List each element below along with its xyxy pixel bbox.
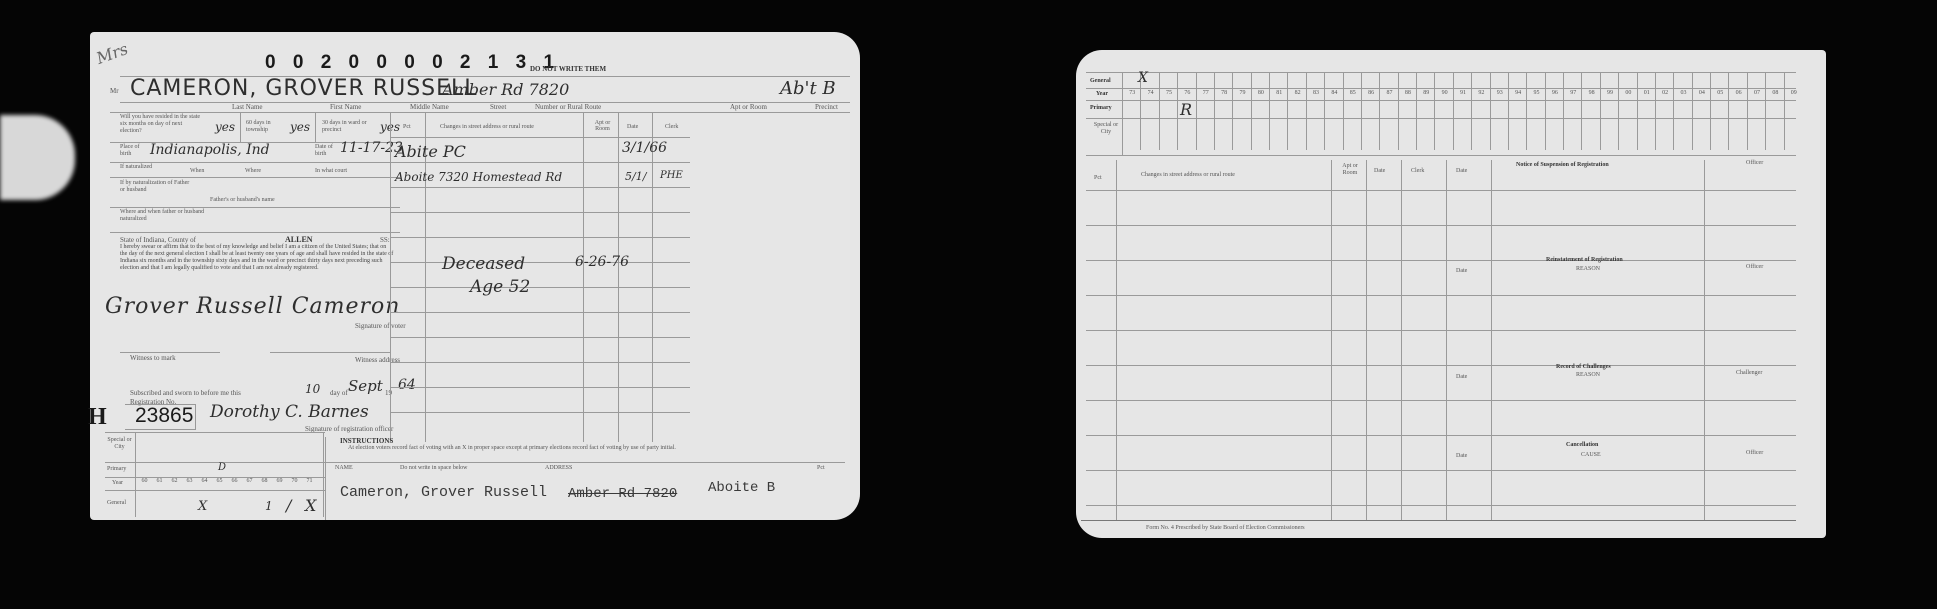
changes-apt-header: Apt or Room bbox=[590, 120, 615, 132]
change-address: Aboite 7320 Homestead Rd bbox=[395, 170, 562, 184]
cancellation-officer-header: Officer bbox=[1746, 450, 1763, 456]
back-clerk-header: Clerk bbox=[1411, 168, 1424, 174]
where-label: Where bbox=[245, 168, 261, 174]
registration-card-front: Mrs 0 0 2 0 0 0 0 2 1 3 1 DO NOT WRITE T… bbox=[90, 32, 860, 520]
state-residency-question: Will you have resided in the state six m… bbox=[120, 114, 205, 135]
instructions-title: INSTRUCTIONS bbox=[340, 437, 393, 445]
grid-primary-label: Primary bbox=[107, 466, 126, 472]
year-cell: 71 bbox=[302, 478, 317, 484]
general-mark: X bbox=[198, 499, 207, 514]
year-cell: 90 bbox=[1434, 72, 1453, 150]
back-primary-label: Primary bbox=[1090, 105, 1112, 111]
year-cell: 07 bbox=[1747, 72, 1766, 150]
year-cell: 81 bbox=[1269, 72, 1288, 150]
back-year-label: Year bbox=[1096, 91, 1108, 97]
year-cell: 09 bbox=[1784, 72, 1803, 150]
registration-card-back: General Year Primary Special or City 737… bbox=[1076, 50, 1826, 538]
year-cell: 61 bbox=[152, 478, 167, 484]
father-name-label: Father's or husband's name bbox=[210, 197, 275, 203]
subscribed-year: 64 bbox=[398, 377, 416, 393]
change-date: 3/1/66 bbox=[622, 140, 667, 156]
back-apt-header: Apt or Room bbox=[1336, 163, 1364, 177]
grid-special-label: Special or City bbox=[107, 437, 132, 451]
reinstatement-title: Reinstatement of Registration bbox=[1546, 257, 1623, 263]
when-label: When bbox=[190, 168, 204, 174]
title-prefix: Mr bbox=[110, 87, 119, 95]
year-cell: 89 bbox=[1416, 72, 1435, 150]
year-cell: 67 bbox=[242, 478, 257, 484]
change-date: 5/1/ bbox=[625, 170, 646, 183]
township-question: 60 days in township bbox=[246, 120, 286, 134]
year-cell: 03 bbox=[1673, 72, 1692, 150]
year-cell: 68 bbox=[257, 478, 272, 484]
challenges-reason-header: REASON bbox=[1576, 372, 1600, 378]
serial-number: 0 0 2 0 0 0 0 2 1 3 1 bbox=[265, 52, 560, 74]
year-cell: 91 bbox=[1453, 72, 1472, 150]
year-cell: 77 bbox=[1196, 72, 1215, 150]
year-cell: 69 bbox=[272, 478, 287, 484]
year-cell: 80 bbox=[1251, 72, 1270, 150]
birth-date-label: Date of birth bbox=[315, 144, 343, 158]
title-mark: Mrs bbox=[94, 39, 131, 68]
cancellation-cause-header: CAUSE bbox=[1581, 452, 1601, 458]
year-cell: 85 bbox=[1343, 72, 1362, 150]
state-residency-answer: yes bbox=[215, 120, 235, 134]
suspension-officer-header: Officer bbox=[1746, 160, 1763, 166]
header-notice: DO NOT WRITE THEM bbox=[530, 65, 606, 73]
footer-donot-label: Do not write in space below bbox=[400, 465, 467, 471]
footer-name-label: NAME bbox=[335, 465, 353, 471]
year-cell: 04 bbox=[1692, 72, 1711, 150]
change-address: Abite PC bbox=[395, 142, 466, 161]
middle-name-label: Middle Name bbox=[410, 103, 449, 111]
year-cell: 01 bbox=[1637, 72, 1656, 150]
year-cell: 02 bbox=[1655, 72, 1674, 150]
precinct: Ab't B bbox=[780, 78, 836, 99]
year-cell: 93 bbox=[1490, 72, 1509, 150]
year-cell: 75 bbox=[1159, 72, 1178, 150]
cancellation-date-header: Date bbox=[1456, 453, 1467, 459]
footer-pct-label: Pct bbox=[817, 465, 825, 471]
township-answer: yes bbox=[290, 120, 310, 134]
year-cell: 63 bbox=[182, 478, 197, 484]
oath-ss: SS: bbox=[380, 236, 390, 244]
year-cell: 78 bbox=[1214, 72, 1233, 150]
changes-header: Changes in street address or rural route bbox=[440, 124, 534, 130]
year-cell: 92 bbox=[1471, 72, 1490, 150]
subscribed-month: Sept bbox=[348, 377, 383, 395]
number-label: Number or Rural Route bbox=[535, 103, 601, 111]
registrar-signature: Dorothy C. Barnes bbox=[210, 402, 369, 422]
instructions-text: At election voters record fact of voting… bbox=[348, 445, 728, 452]
registration-number: 23865 bbox=[135, 404, 193, 428]
street-label: Street bbox=[490, 103, 506, 111]
front-year-row: 60 61 62 63 64 65 66 67 68 69 70 71 bbox=[135, 478, 323, 490]
general-mark: 1 bbox=[265, 499, 273, 513]
reinstatement-officer-header: Officer bbox=[1746, 264, 1763, 270]
year-cell: 06 bbox=[1728, 72, 1747, 150]
suspension-title: Notice of Suspension of Registration bbox=[1516, 162, 1609, 168]
father-where-label: Where and when father or husband natural… bbox=[120, 209, 205, 223]
change-address: Age 52 bbox=[470, 277, 530, 297]
year-cell: 82 bbox=[1287, 72, 1306, 150]
birth-place-label: Place of birth bbox=[120, 144, 150, 158]
ward-question: 30 days in ward or precinct bbox=[322, 120, 377, 134]
voter-name: CAMERON, GROVER RUSSELL bbox=[130, 76, 478, 101]
year-cell: 83 bbox=[1306, 72, 1325, 150]
oath-text: I hereby swear or affirm that to the bes… bbox=[120, 244, 395, 272]
change-date: 6-26-76 bbox=[575, 254, 629, 270]
year-cell: 60 bbox=[137, 478, 152, 484]
year-cell: 95 bbox=[1526, 72, 1545, 150]
challenges-date-header: Date bbox=[1456, 374, 1467, 380]
grid-year-label: Year bbox=[112, 480, 123, 486]
year-cell: 66 bbox=[227, 478, 242, 484]
precinct-label: Precinct bbox=[815, 103, 838, 111]
subscribed-label: Subscribed and sworn to before me this bbox=[130, 389, 241, 397]
last-name-label: Last Name bbox=[232, 103, 263, 111]
typed-address: Amber Rd 7820 bbox=[568, 486, 677, 502]
year-cell: 87 bbox=[1379, 72, 1398, 150]
apt-label: Apt or Room bbox=[730, 103, 767, 111]
year-cell: 64 bbox=[197, 478, 212, 484]
birth-date: 11-17-23 bbox=[340, 140, 403, 156]
year-cell: 00 bbox=[1618, 72, 1637, 150]
year-cell: 99 bbox=[1600, 72, 1619, 150]
birth-place: Indianapolis, Ind bbox=[150, 142, 270, 158]
year-cell: 05 bbox=[1710, 72, 1729, 150]
year-cell: 70 bbox=[287, 478, 302, 484]
year-cell: 84 bbox=[1324, 72, 1343, 150]
year-cell: 79 bbox=[1232, 72, 1251, 150]
primary-mark: D bbox=[218, 462, 226, 473]
reinstatement-reason-header: REASON bbox=[1576, 266, 1600, 272]
cancellation-title: Cancellation bbox=[1566, 442, 1598, 448]
oath-county: ALLEN bbox=[285, 235, 313, 244]
signature-label: Signature of voter bbox=[355, 322, 406, 330]
father-naturalization-label: If by naturalization of Father or husban… bbox=[120, 180, 195, 194]
suspension-date-header: Date bbox=[1456, 168, 1467, 174]
change-clerk: PHE bbox=[660, 170, 683, 181]
back-general-mark: X bbox=[1138, 70, 1148, 86]
back-special-label: Special or City bbox=[1092, 122, 1120, 136]
year-cell: 88 bbox=[1398, 72, 1417, 150]
general-mark: / bbox=[286, 496, 291, 515]
year-cell: 98 bbox=[1581, 72, 1600, 150]
year-cell: 97 bbox=[1563, 72, 1582, 150]
voter-signature: Grover Russell Cameron bbox=[105, 294, 400, 319]
grid-general-label: General bbox=[107, 500, 126, 506]
typed-name: Cameron, Grover Russell bbox=[340, 484, 547, 501]
reinstatement-date-header: Date bbox=[1456, 268, 1467, 274]
witness-label: Witness to mark bbox=[130, 354, 176, 362]
first-name-label: First Name bbox=[330, 103, 361, 111]
back-primary-mark: R bbox=[1180, 100, 1192, 119]
form-footer: Form No. 4 Prescribed by State Board of … bbox=[1146, 525, 1305, 531]
scan-artifact bbox=[0, 115, 75, 200]
challenges-title: Record of Challenges bbox=[1556, 364, 1611, 370]
change-address: Deceased bbox=[442, 254, 525, 274]
typed-precinct: Aboite B bbox=[708, 480, 775, 496]
changes-pct-header: Pct bbox=[403, 124, 411, 130]
back-year-row: 7374757677787980818283848586878889909192… bbox=[1122, 90, 1802, 100]
court-label: In what court bbox=[315, 168, 347, 174]
back-changes-header: Changes in street address or rural route bbox=[1141, 172, 1235, 178]
oath-state-county: State of Indiana, County of bbox=[120, 236, 196, 244]
year-cell: 96 bbox=[1545, 72, 1564, 150]
street-address: Amber Rd 7820 bbox=[442, 80, 569, 99]
subscribed-day: 10 bbox=[305, 382, 320, 396]
year-cell: 62 bbox=[167, 478, 182, 484]
back-pct-header: Pct bbox=[1094, 175, 1102, 181]
year-cell: 86 bbox=[1361, 72, 1380, 150]
general-mark: X bbox=[305, 496, 316, 515]
year-cell: 08 bbox=[1765, 72, 1784, 150]
back-date-header: Date bbox=[1374, 168, 1385, 174]
year-cell: 94 bbox=[1508, 72, 1527, 150]
year-cell: 65 bbox=[212, 478, 227, 484]
naturalized-label: If naturalized bbox=[120, 164, 152, 170]
footer-address-label: ADDRESS bbox=[545, 465, 572, 471]
back-general-label: General bbox=[1090, 78, 1111, 84]
day-of-label: day of bbox=[330, 389, 348, 397]
challenger-header: Challenger bbox=[1736, 370, 1762, 376]
registration-letter: H bbox=[88, 404, 107, 431]
changes-clerk-header: Clerk bbox=[665, 124, 678, 130]
changes-date-header: Date bbox=[627, 124, 638, 130]
